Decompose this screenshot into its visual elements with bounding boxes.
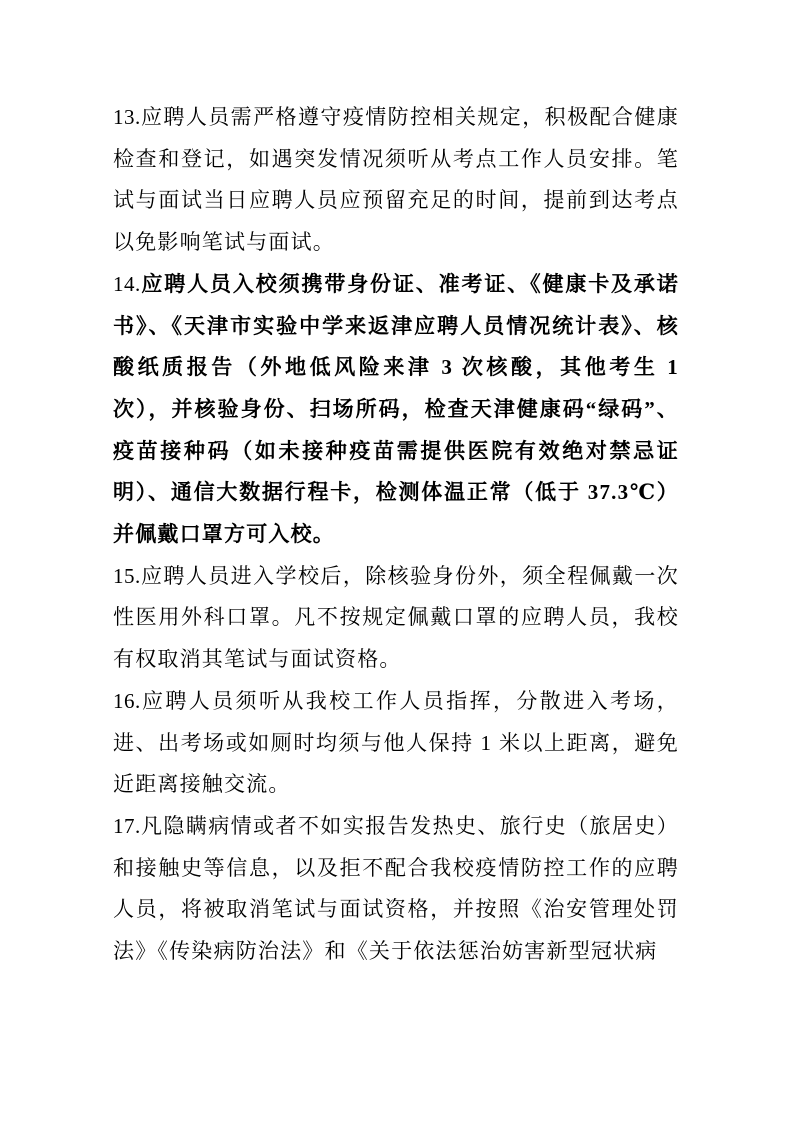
paragraph-17: 17.凡隐瞒病情或者不如实报告发热史、旅行史（旅居史）和接触史等信息，以及拒不配… <box>113 806 679 973</box>
document-page: 13.应聘人员需严格遵守疫情防控相关规定，积极配合健康检查和登记，如遇突发情况须… <box>0 0 793 1122</box>
paragraph-13: 13.应聘人员需严格遵守疫情防控相关规定，积极配合健康检查和登记，如遇突发情况须… <box>113 97 679 264</box>
paragraph-15-text: 应聘人员进入学校后，除核验身份外，须全程佩戴一次性医用外科口罩。凡不按规定佩戴口… <box>113 564 679 671</box>
document-text-block: 13.应聘人员需严格遵守疫情防控相关规定，积极配合健康检查和登记，如遇突发情况须… <box>113 97 679 973</box>
paragraph-13-text: 应聘人员需严格遵守疫情防控相关规定，积极配合健康检查和登记，如遇突发情况须听从考… <box>113 105 679 254</box>
paragraph-14-text: 应聘人员入校须携带身份证、准考证、《健康卡及承诺书》、《天津市实验中学来返津应聘… <box>113 272 679 546</box>
paragraph-16: 16.应聘人员须听从我校工作人员指挥，分散进入考场，进、出考场或如厕时均须与他人… <box>113 681 679 806</box>
paragraph-17-number: 17. <box>113 814 141 838</box>
paragraph-14-number: 14. <box>113 272 141 296</box>
paragraph-16-number: 16. <box>113 689 141 713</box>
paragraph-14: 14.应聘人员入校须携带身份证、准考证、《健康卡及承诺书》、《天津市实验中学来返… <box>113 264 679 556</box>
paragraph-15-number: 15. <box>113 564 141 588</box>
paragraph-17-text: 凡隐瞒病情或者不如实报告发热史、旅行史（旅居史）和接触史等信息，以及拒不配合我校… <box>113 814 679 963</box>
paragraph-13-number: 13. <box>113 105 141 129</box>
paragraph-16-text: 应聘人员须听从我校工作人员指挥，分散进入考场，进、出考场或如厕时均须与他人保持 … <box>113 689 679 796</box>
paragraph-15: 15.应聘人员进入学校后，除核验身份外，须全程佩戴一次性医用外科口罩。凡不按规定… <box>113 556 679 681</box>
